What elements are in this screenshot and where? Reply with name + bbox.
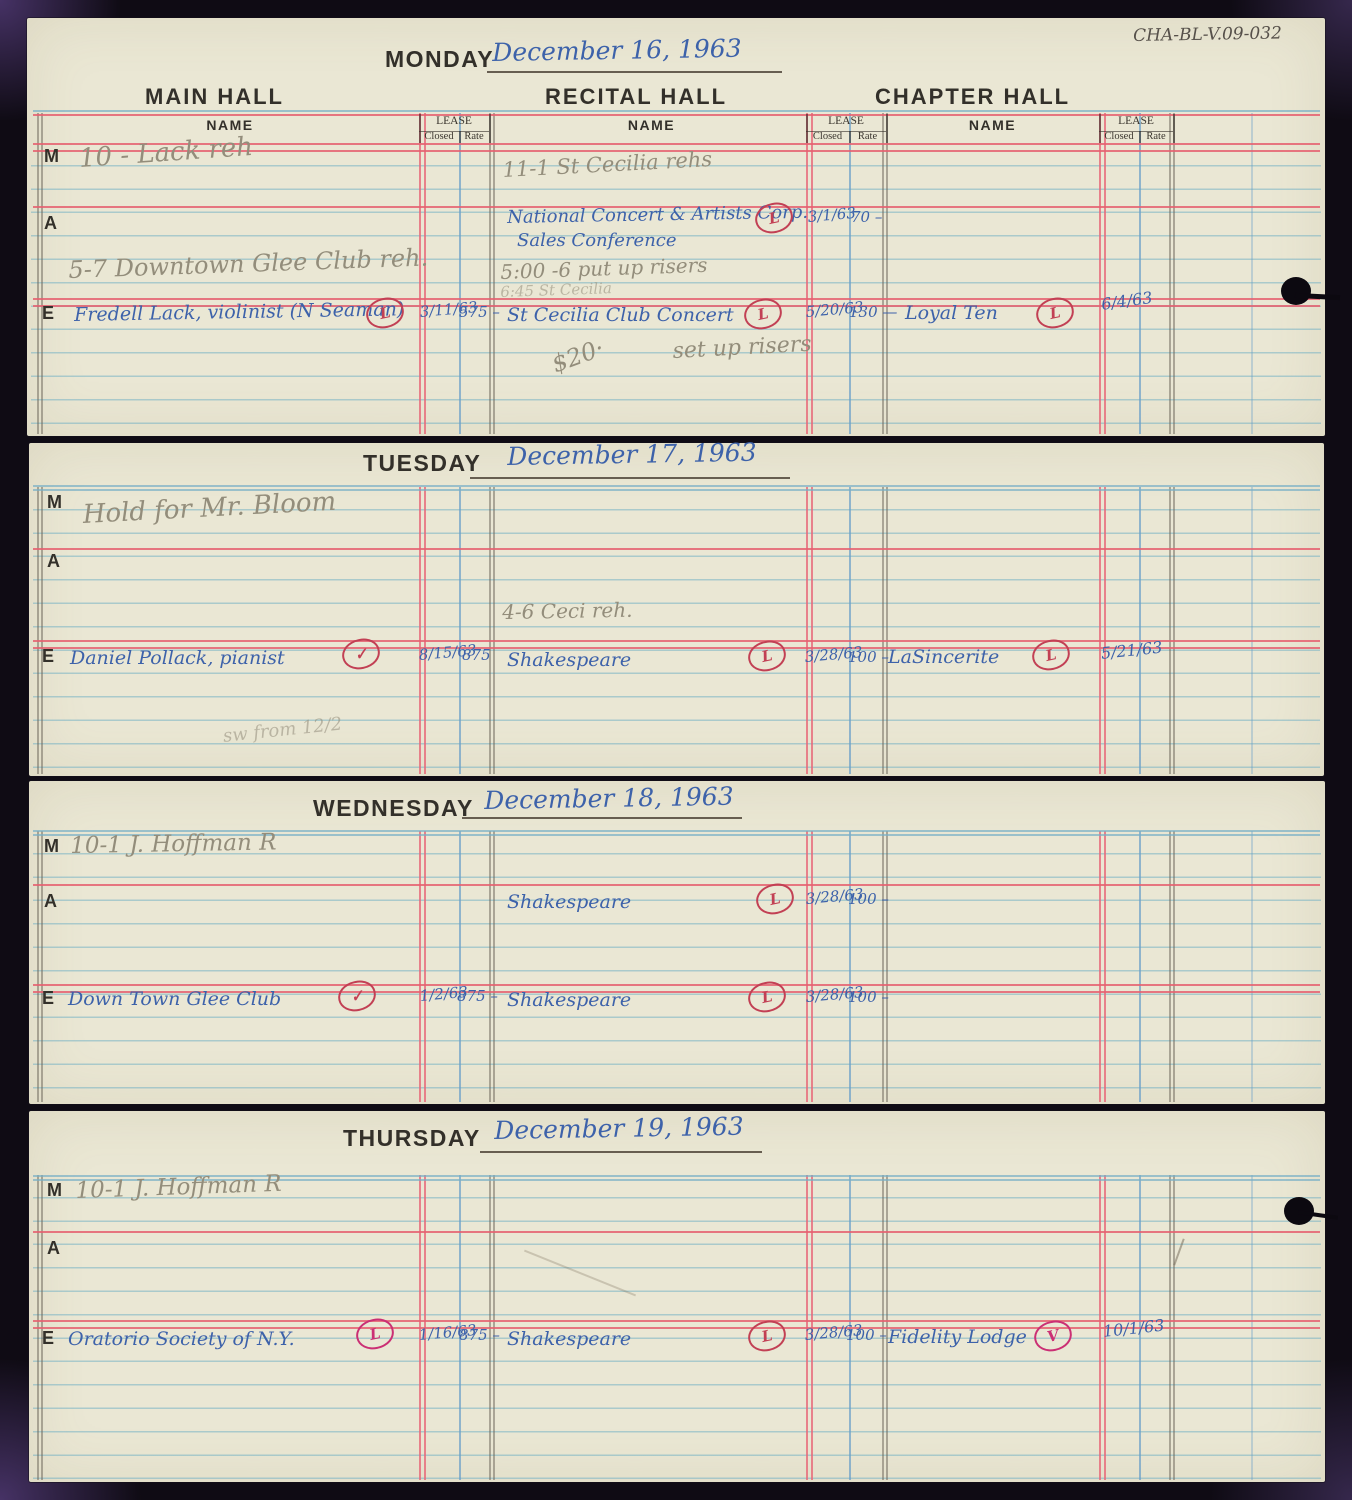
- row-rule: [33, 489, 1320, 491]
- row-label-afternoon: A: [47, 1238, 60, 1259]
- column-rule: [489, 113, 491, 434]
- lease-box-rule: [1173, 114, 1175, 143]
- day-title-tuesday: TUESDAY: [363, 450, 481, 477]
- entry-name: Oratorio Society of N.Y.: [68, 1328, 295, 1350]
- column-rule: [493, 831, 495, 1102]
- lease-rate: 875 –: [457, 987, 498, 1005]
- day-title-monday: MONDAY: [385, 46, 494, 73]
- row-label-morning: M: [44, 146, 59, 167]
- row-label-evening: E: [42, 988, 54, 1009]
- row-label-afternoon: A: [44, 213, 57, 234]
- column-header-name: NAME: [497, 117, 806, 133]
- day-strip-monday: [27, 18, 1325, 436]
- date-underline: [487, 71, 782, 73]
- column-rule: [1104, 487, 1106, 774]
- ruled-lines: [31, 143, 1321, 433]
- row-label-afternoon: A: [47, 551, 60, 572]
- column-rule: [459, 113, 461, 434]
- column-rule: [493, 487, 495, 774]
- column-rule: [419, 487, 421, 774]
- entry-note: 4-6 Ceci reh.: [502, 598, 633, 624]
- column-rule: [811, 113, 813, 434]
- column-rule: [1099, 113, 1101, 434]
- column-rule: [1169, 487, 1171, 774]
- column-rule: [811, 831, 813, 1102]
- lease-box-rule: [489, 114, 491, 143]
- column-header-rate: Rate: [459, 131, 489, 142]
- column-rule: [886, 487, 888, 774]
- row-label-evening: E: [42, 646, 54, 667]
- column-rule: [37, 831, 39, 1102]
- column-header-closed: Closed: [1099, 131, 1139, 142]
- column-rule: [419, 113, 421, 434]
- lease-rate: 575 –: [459, 303, 500, 321]
- entry-name: Loyal Ten: [905, 302, 998, 324]
- column-rule: [886, 831, 888, 1102]
- lease-rate: 70 –: [851, 208, 882, 226]
- column-rule: [1104, 831, 1106, 1102]
- entry-name: Down Town Glee Club: [68, 988, 281, 1010]
- column-rule: [806, 487, 808, 774]
- hall-title-main: MAIN HALL: [145, 84, 284, 110]
- entry-name: St Cecilia Club Concert: [507, 304, 734, 326]
- column-rule: [1139, 113, 1141, 434]
- column-header-lease: LEASE: [806, 115, 886, 127]
- column-rule: [424, 113, 426, 434]
- date-underline: [480, 1151, 762, 1153]
- punch-hole: [1281, 277, 1311, 305]
- column-rule: [1173, 113, 1175, 434]
- entry-name: Shakespeare: [507, 1328, 631, 1350]
- ruled-lines: [33, 831, 1321, 1101]
- column-rule: [459, 487, 461, 774]
- day-date-thursday: December 19, 1963: [494, 1112, 744, 1145]
- day-date-monday: December 16, 1963: [492, 34, 742, 67]
- column-rule: [1173, 487, 1175, 774]
- column-rule: [493, 113, 495, 434]
- day-date-tuesday: December 17, 1963: [507, 438, 757, 471]
- row-label-evening: E: [42, 303, 54, 324]
- column-rule: [489, 831, 491, 1102]
- column-rule: [489, 487, 491, 774]
- lease-rate: 130 —: [849, 303, 897, 321]
- ledger-page: CHA-BL-V.09-032 MONDAY December 16, 1963…: [0, 0, 1352, 1500]
- column-rule: [459, 831, 461, 1102]
- column-rule: [806, 113, 808, 434]
- column-header-rate: Rate: [849, 131, 886, 142]
- column-header-rate: Rate: [1139, 131, 1173, 142]
- entry-name-line2: Sales Conference: [517, 230, 677, 251]
- date-underline: [470, 477, 790, 479]
- column-rule: [37, 113, 39, 434]
- column-rule: [849, 113, 851, 434]
- column-rule: [811, 487, 813, 774]
- column-rule: [41, 487, 43, 774]
- lease-rate: 100 –: [846, 1326, 887, 1344]
- column-header-lease: LEASE: [419, 115, 489, 127]
- column-rule: [1099, 831, 1101, 1102]
- column-rule: [1139, 487, 1141, 774]
- column-rule: [849, 831, 851, 1102]
- day-title-wednesday: WEDNESDAY: [313, 795, 474, 822]
- hall-title-recital: RECITAL HALL: [545, 84, 727, 110]
- column-header-name: NAME: [41, 117, 419, 133]
- row-rule: [33, 110, 1320, 112]
- column-header-closed: Closed: [419, 131, 459, 142]
- row-rule: [33, 548, 1320, 550]
- day-date-wednesday: December 18, 1963: [484, 782, 734, 815]
- column-rule: [1104, 113, 1106, 434]
- row-rule: [33, 884, 1320, 886]
- hall-title-chapter: CHAPTER HALL: [875, 84, 1070, 110]
- day-title-thursday: THURSDAY: [343, 1125, 481, 1152]
- row-rule: [33, 485, 1320, 487]
- archive-code: CHA-BL-V.09-032: [1133, 23, 1282, 46]
- row-rule: [33, 984, 1320, 986]
- lease-rate: 100 –: [848, 648, 889, 666]
- column-rule: [882, 831, 884, 1102]
- column-rule: [37, 487, 39, 774]
- column-rule: [1099, 487, 1101, 774]
- entry-note: 10-1 J. Hoffman R: [70, 829, 277, 859]
- entry-name: Fidelity Lodge: [888, 1326, 1027, 1348]
- row-rule: [33, 1231, 1320, 1233]
- column-rule: [41, 113, 43, 434]
- entry-name: Shakespeare: [507, 649, 631, 671]
- row-label-morning: M: [44, 836, 59, 857]
- column-rule: [1139, 831, 1141, 1102]
- column-rule: [886, 113, 888, 434]
- row-label-morning: M: [47, 1180, 62, 1201]
- lease-rate: 100 –: [848, 890, 889, 908]
- column-rule: [41, 831, 43, 1102]
- lease-rate: 100 –: [848, 988, 889, 1006]
- column-rule: [1251, 113, 1253, 434]
- column-header-name: NAME: [886, 117, 1099, 133]
- day-strip-thursday: [29, 1111, 1325, 1482]
- lease-rate: 875 –: [459, 1326, 500, 1344]
- column-rule: [419, 831, 421, 1102]
- column-header-lease: LEASE: [1099, 115, 1173, 127]
- row-label-afternoon: A: [44, 891, 57, 912]
- date-underline: [462, 817, 742, 819]
- column-rule: [424, 831, 426, 1102]
- entry-name: LaSincerite: [888, 646, 999, 668]
- entry-name: Shakespeare: [507, 989, 631, 1011]
- column-rule: [882, 113, 884, 434]
- column-rule: [1251, 487, 1253, 774]
- column-rule: [849, 487, 851, 774]
- column-rule: [1169, 113, 1171, 434]
- entry-name: Daniel Pollack, pianist: [70, 647, 285, 669]
- column-rule: [882, 487, 884, 774]
- column-header-closed: Closed: [806, 131, 849, 142]
- lease-rate: 875: [462, 646, 491, 664]
- column-rule: [1169, 831, 1171, 1102]
- column-rule: [424, 487, 426, 774]
- row-label-morning: M: [47, 492, 62, 513]
- column-rule: [806, 831, 808, 1102]
- column-rule: [1173, 831, 1175, 1102]
- row-label-evening: E: [42, 1328, 54, 1349]
- column-rule: [1251, 831, 1253, 1102]
- entry-name: Shakespeare: [507, 891, 631, 913]
